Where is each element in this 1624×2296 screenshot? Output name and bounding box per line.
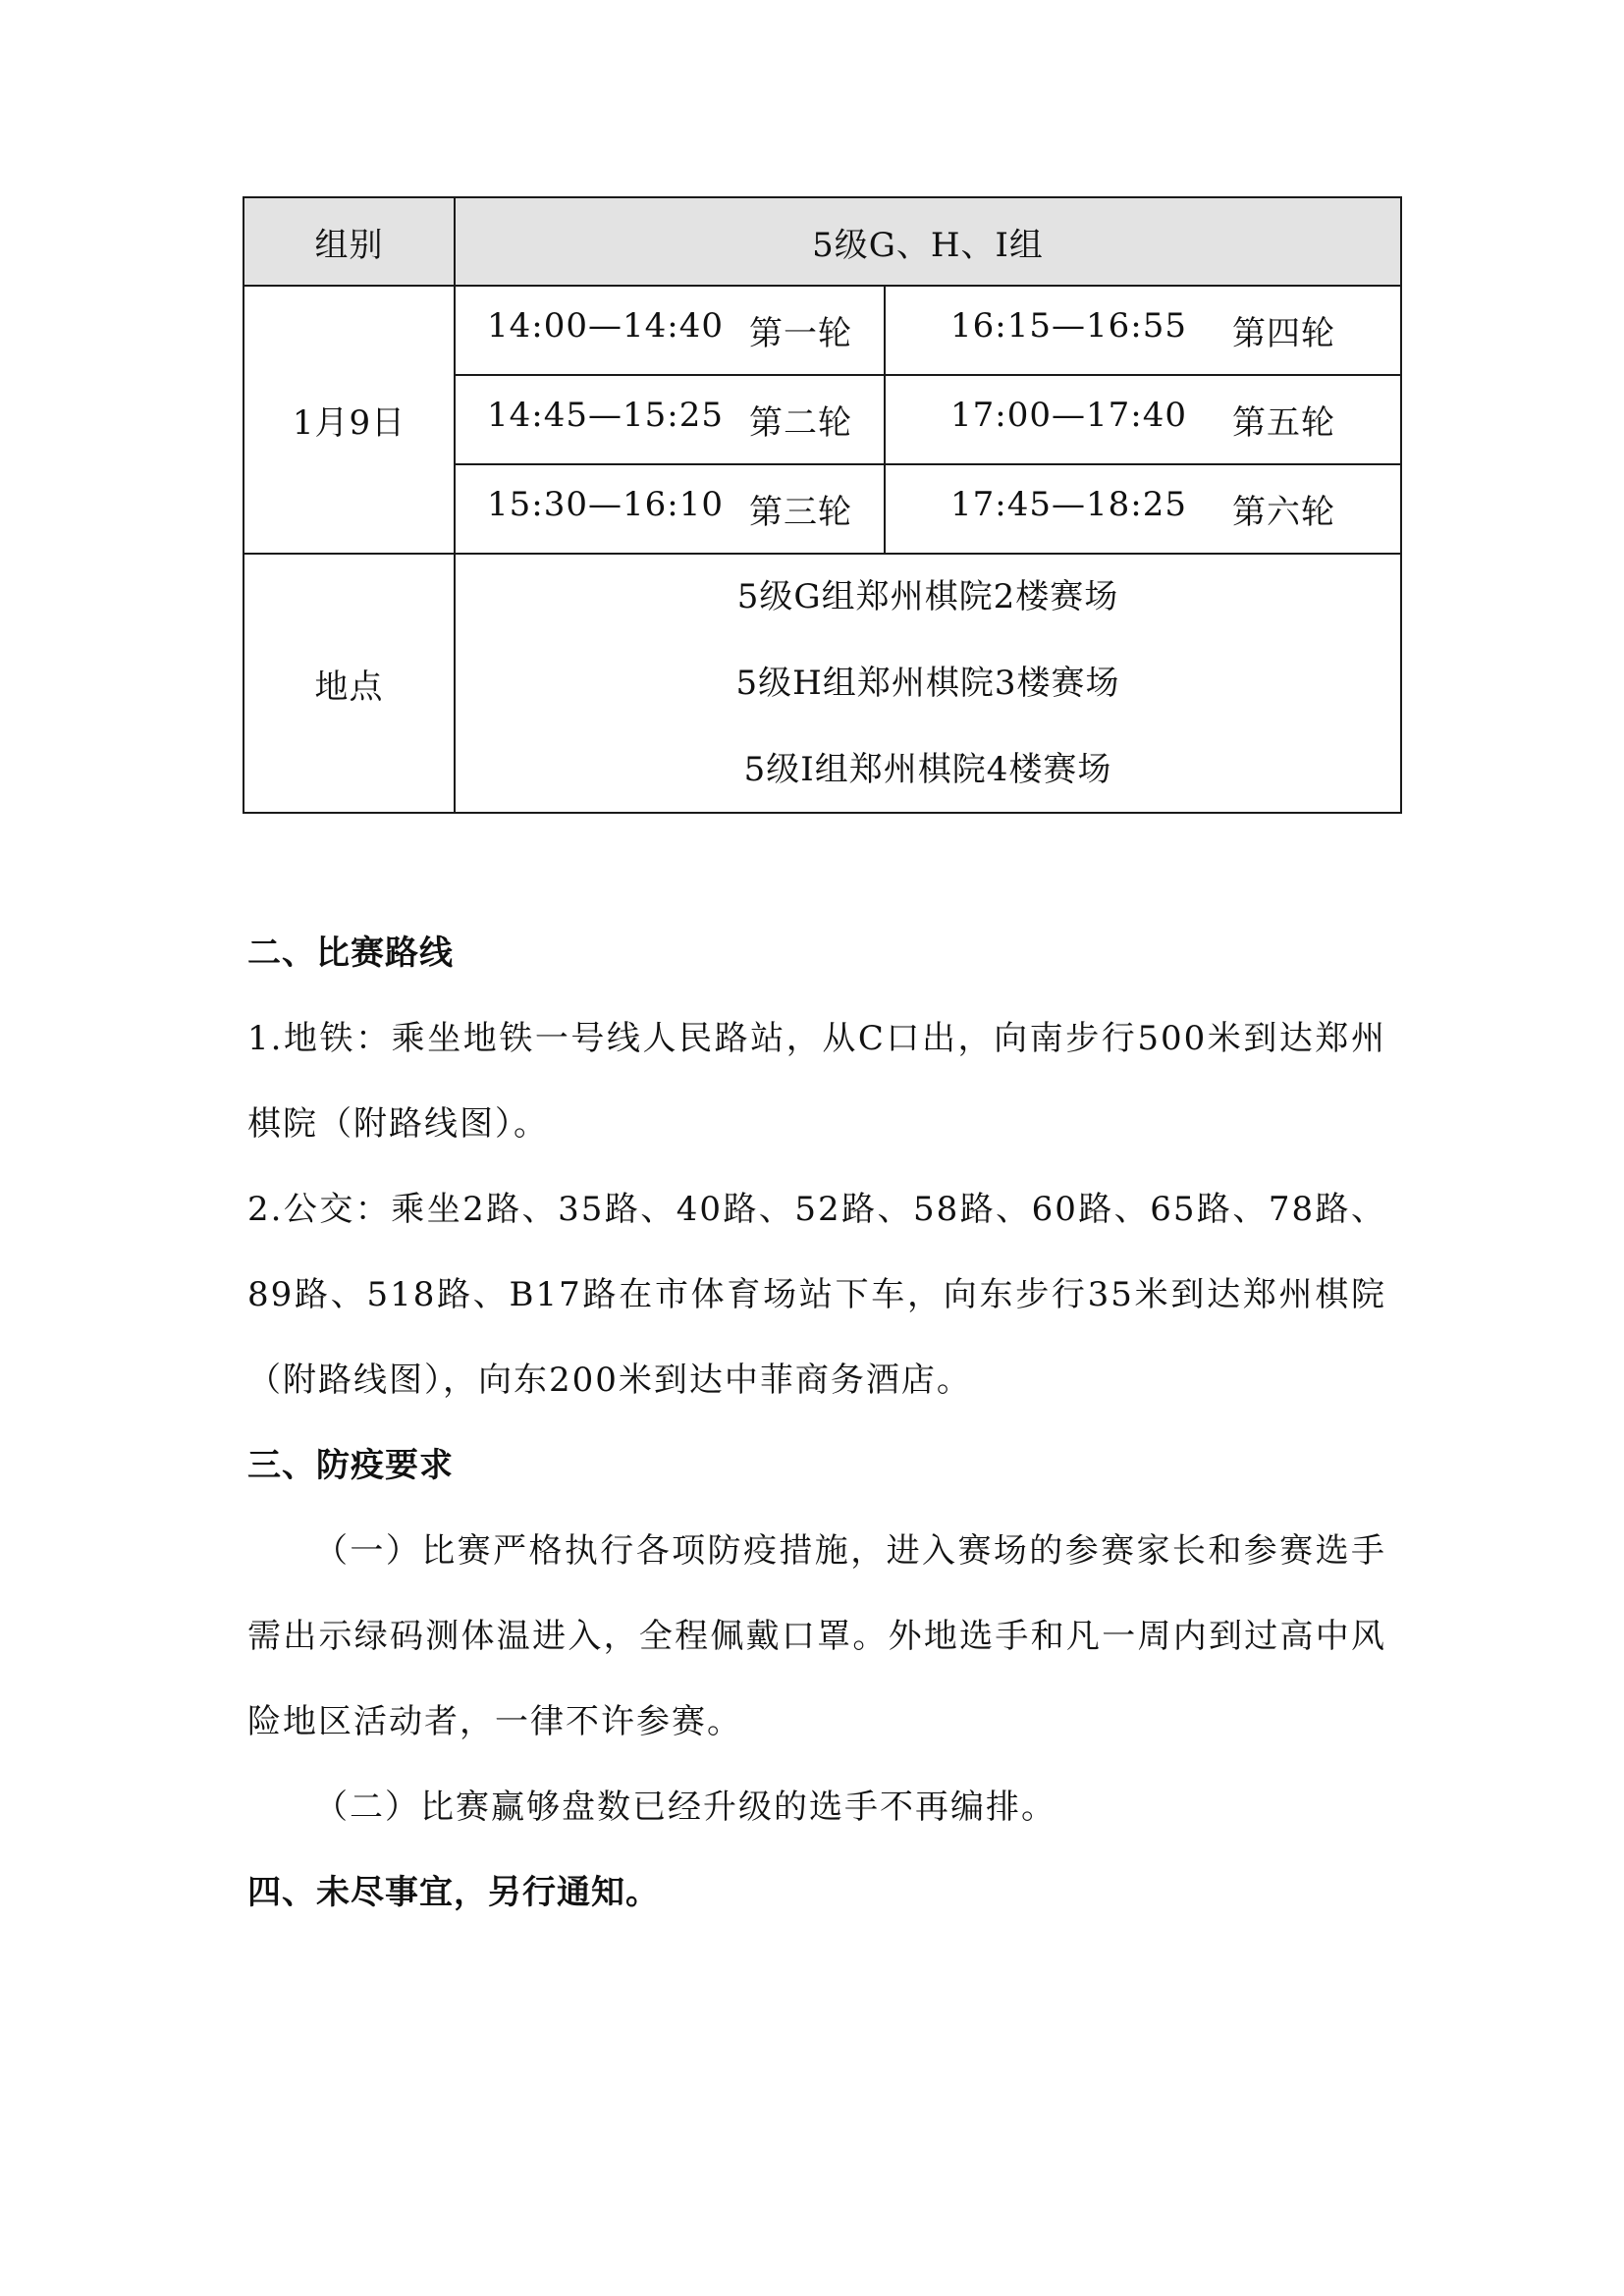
epidemic-item: （二）比赛赢够盘数已经升级的选手不再编排。 xyxy=(247,1765,1386,1850)
date-cell: 1月9日 xyxy=(244,286,455,554)
location-item: 5级G组郑州棋院2楼赛场 xyxy=(737,573,1118,620)
round-cell: 14:00—14:40 第一轮 xyxy=(455,286,885,375)
round-cell: 14:45—15:25 第二轮 xyxy=(455,375,885,464)
round-label: 第四轮 xyxy=(1232,306,1335,354)
round-cell: 15:30—16:10 第三轮 xyxy=(455,464,885,554)
table-header-row: 组别 5级G、H、I组 xyxy=(244,197,1401,286)
round-label: 第三轮 xyxy=(749,485,852,533)
location-item: 5级H组郑州棋院3楼赛场 xyxy=(736,660,1120,707)
round-cell: 16:15—16:55 第四轮 xyxy=(885,286,1401,375)
round-label: 第一轮 xyxy=(749,306,852,354)
round-label: 第五轮 xyxy=(1232,396,1335,444)
section-route: 二、比赛路线 1.地铁：乘坐地铁一号线人民路站，从C口出，向南步行500米到达郑… xyxy=(247,911,1386,1423)
group-value-cell: 5级G、H、I组 xyxy=(455,197,1401,286)
section-heading: 二、比赛路线 xyxy=(247,911,1386,996)
section-heading: 三、防疫要求 xyxy=(247,1423,1386,1509)
table-row: 1月9日 14:00—14:40 第一轮 16:15—16:55 第四轮 xyxy=(244,286,1401,375)
round-time: 14:00—14:40 xyxy=(487,306,724,354)
location-row: 地点 5级G组郑州棋院2楼赛场 5级H组郑州棋院3楼赛场 5级I组郑州棋院4楼赛… xyxy=(244,554,1401,813)
document-page: 组别 5级G、H、I组 1月9日 14:00—14:40 第一轮 16:15—1… xyxy=(0,0,1624,2296)
round-cell: 17:00—17:40 第五轮 xyxy=(885,375,1401,464)
location-item: 5级I组郑州棋院4楼赛场 xyxy=(744,746,1112,793)
route-item-bus: 2.公交：乘坐2路、35路、40路、52路、58路、60路、65路、78路、89… xyxy=(247,1167,1386,1423)
round-label: 第二轮 xyxy=(749,396,852,444)
round-time: 16:15—16:55 xyxy=(950,306,1187,354)
section-heading: 四、未尽事宜，另行通知。 xyxy=(247,1850,1386,1936)
location-label-cell: 地点 xyxy=(244,554,455,813)
round-time: 14:45—15:25 xyxy=(487,396,724,444)
round-label: 第六轮 xyxy=(1232,485,1335,533)
route-item-subway: 1.地铁：乘坐地铁一号线人民路站，从C口出，向南步行500米到达郑州棋院（附路线… xyxy=(247,996,1386,1167)
round-time: 17:00—17:40 xyxy=(950,396,1187,444)
schedule-table: 组别 5级G、H、I组 1月9日 14:00—14:40 第一轮 16:15—1… xyxy=(243,196,1402,814)
round-time: 17:45—18:25 xyxy=(950,485,1187,533)
location-list-cell: 5级G组郑州棋院2楼赛场 5级H组郑州棋院3楼赛场 5级I组郑州棋院4楼赛场 xyxy=(455,554,1401,813)
section-epidemic: 三、防疫要求 （一）比赛严格执行各项防疫措施，进入赛场的参赛家长和参赛选手需出示… xyxy=(247,1423,1386,1936)
epidemic-item: （一）比赛严格执行各项防疫措施，进入赛场的参赛家长和参赛选手需出示绿码测体温进入… xyxy=(247,1509,1386,1765)
group-label-cell: 组别 xyxy=(244,197,455,286)
round-time: 15:30—16:10 xyxy=(487,485,724,533)
round-cell: 17:45—18:25 第六轮 xyxy=(885,464,1401,554)
